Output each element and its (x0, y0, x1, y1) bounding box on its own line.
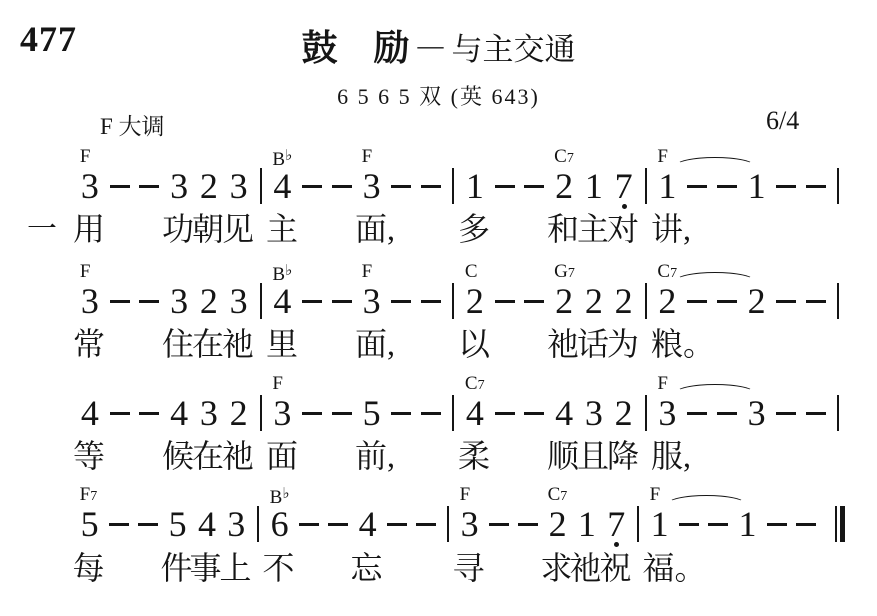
note-cell: 3 (579, 395, 609, 431)
lyric-char: 话 (577, 325, 609, 363)
note-cell: 2C7 (653, 283, 683, 319)
chord-label: G7 (554, 262, 575, 283)
title-dash: — (418, 31, 444, 60)
dash-mark (299, 523, 319, 526)
chord-label: C (465, 262, 478, 281)
dash-mark (708, 523, 728, 526)
note-cell: 4B♭ (268, 168, 298, 204)
duration-dash (105, 395, 135, 431)
note-digit: 7 (615, 168, 633, 204)
lyric-char: 不 (263, 549, 295, 587)
dash-mark (109, 523, 129, 526)
note-digit: 5 (169, 506, 187, 542)
duration-dash (772, 283, 802, 319)
duration-dash (801, 168, 831, 204)
barline (639, 283, 653, 319)
lyric-char: 住 (162, 325, 194, 363)
flat-sign: ♭ (282, 486, 289, 502)
duration-dash (327, 283, 357, 319)
lyric-char: 事 (190, 549, 222, 587)
note-cell: 3F (75, 283, 105, 319)
note-digit: 1 (585, 168, 603, 204)
dash-mark (110, 185, 130, 188)
lyric-char: 忘 (351, 549, 383, 587)
duration-dash (104, 506, 133, 542)
lyric-char: 前, (355, 437, 395, 475)
barline (254, 168, 268, 204)
note-digit: 2 (615, 283, 633, 319)
note-cell: 3 (742, 395, 772, 431)
note-digit: 3 (658, 395, 676, 431)
note-cell: 4 (549, 395, 579, 431)
chord-label: F (362, 262, 373, 281)
dash-mark (391, 300, 411, 303)
barline (441, 506, 455, 542)
note-digit: 1 (466, 168, 484, 204)
dash-mark (524, 300, 544, 303)
note-cell: 4B♭ (268, 283, 298, 319)
dash-mark (302, 300, 322, 303)
note-cell: 3F (357, 168, 387, 204)
note-digit: 2 (748, 283, 766, 319)
note-row: 5F75436B♭43F2C7171F1 (75, 506, 845, 542)
dash-mark (717, 412, 737, 415)
thin-bar (835, 506, 837, 542)
lyric-char: 求 (541, 549, 573, 587)
barline (831, 168, 845, 204)
dash-mark (687, 300, 707, 303)
chord-label: F (80, 262, 91, 281)
dash-mark (421, 412, 441, 415)
dash-mark (495, 300, 515, 303)
title-subtitle: 与主交通 (452, 32, 576, 67)
note-digit: 3 (81, 168, 99, 204)
lyric-char: 对 (607, 210, 639, 248)
dash-mark (139, 185, 159, 188)
lyric-char: 多 (458, 210, 490, 248)
lyric-char: 和 (547, 210, 579, 248)
dash-mark (518, 523, 538, 526)
note-cell: 3 (194, 395, 224, 431)
duration-dash (772, 168, 802, 204)
lyric-char: 主 (577, 210, 609, 248)
note-digit: 2 (555, 168, 573, 204)
time-signature: 6/4 (766, 106, 799, 136)
dash-mark (302, 412, 322, 415)
note-cell: 2 (194, 168, 224, 204)
hymn-sheet: 477 鼓 励—与主交通 6 5 6 5 双 (英 643) F 大调 6/4 … (0, 0, 877, 616)
note-cell: 2 (194, 283, 224, 319)
dash-mark (110, 300, 130, 303)
lyric-char: 朝 (192, 210, 224, 248)
note-cell: 3F (455, 506, 484, 542)
chord-label: B♭ (272, 262, 292, 284)
chord-label: B♭ (270, 485, 290, 507)
chord-label: F (80, 147, 91, 166)
note-digit: 4 (359, 506, 377, 542)
barline-mark (837, 395, 839, 431)
lyric-row: 等候在祂面前,柔顺且降服, (75, 437, 845, 477)
duration-dash (297, 168, 327, 204)
verse-number: 一 (27, 212, 57, 248)
note-digit: 2 (200, 283, 218, 319)
dash-mark (110, 412, 130, 415)
note-digit: 7 (607, 506, 625, 542)
chord-label: F7 (80, 485, 98, 506)
duration-dash (327, 168, 357, 204)
note-digit: 2 (230, 395, 248, 431)
note-digit: 2 (585, 283, 603, 319)
dash-mark (806, 300, 826, 303)
duration-dash (416, 395, 446, 431)
note-cell: 2 (609, 283, 639, 319)
note-digit: 4 (555, 395, 573, 431)
barline-mark (452, 168, 454, 204)
dash-mark (806, 185, 826, 188)
note-digit: 2 (466, 283, 484, 319)
barline-mark (447, 506, 449, 542)
note-cell: 2C7 (543, 506, 572, 542)
barline-mark (837, 283, 839, 319)
note-cell: 1 (579, 168, 609, 204)
lyric-char: 件 (161, 549, 193, 587)
dash-mark (796, 523, 816, 526)
low-octave-dot (614, 542, 619, 547)
note-cell: 2 (579, 283, 609, 319)
note-cell: 1 (460, 168, 490, 204)
duration-dash (801, 395, 831, 431)
duration-dash (387, 283, 417, 319)
duration-dash (105, 168, 135, 204)
note-digit: 3 (170, 283, 188, 319)
dash-mark (489, 523, 509, 526)
chord-seventh: 7 (90, 489, 97, 504)
lyric-char: 柔 (458, 437, 490, 475)
dash-mark (421, 185, 441, 188)
dash-mark (139, 412, 159, 415)
note-cell: 3 (224, 168, 254, 204)
note-cell: 2 (742, 283, 772, 319)
note-digit: 3 (81, 283, 99, 319)
lyric-char: 祂 (570, 549, 602, 587)
dash-mark (524, 412, 544, 415)
note-digit: 4 (81, 395, 99, 431)
note-digit: 1 (651, 506, 669, 542)
lyric-char: 以 (458, 325, 490, 363)
final-barline (821, 506, 845, 542)
lyric-char: 见 (222, 210, 254, 248)
duration-dash (520, 395, 550, 431)
barline (446, 283, 460, 319)
duration-dash (416, 283, 446, 319)
dash-mark (387, 523, 407, 526)
dash-mark (717, 300, 737, 303)
dash-mark (776, 300, 796, 303)
lyric-char: 常 (73, 325, 105, 363)
note-digit: 4 (273, 168, 291, 204)
note-cell: 1F (653, 168, 683, 204)
duration-dash (514, 506, 543, 542)
barline-mark (637, 506, 639, 542)
key-signature: F 大调 (100, 108, 165, 141)
tie-arc (675, 272, 755, 290)
barline (631, 506, 645, 542)
duration-dash (762, 506, 791, 542)
duration-dash (387, 168, 417, 204)
lyric-char: 粮。 (651, 325, 715, 363)
note-cell: 5 (163, 506, 192, 542)
lyric-char: 里 (266, 325, 298, 363)
chord-label: C7 (554, 147, 574, 168)
barline-mark (260, 283, 262, 319)
dash-mark (139, 300, 159, 303)
barline (639, 168, 653, 204)
note-digit: 6 (271, 506, 289, 542)
barline-mark (452, 395, 454, 431)
duration-dash (801, 283, 831, 319)
note-cell: 5F7 (75, 506, 104, 542)
dash-mark (495, 412, 515, 415)
barline-mark (452, 283, 454, 319)
note-cell: 7 (602, 506, 631, 542)
duration-dash (520, 283, 550, 319)
note-digit: 2 (549, 506, 567, 542)
chord-seventh: 7 (478, 378, 485, 393)
duration-dash (387, 395, 417, 431)
tie-arc (675, 384, 755, 402)
chord-label: F (272, 374, 283, 393)
duration-dash (382, 506, 411, 542)
dash-mark (302, 185, 322, 188)
dash-mark (391, 185, 411, 188)
note-cell: 3F (653, 395, 683, 431)
duration-dash (490, 395, 520, 431)
note-cell: 1F (645, 506, 674, 542)
duration-dash (490, 168, 520, 204)
duration-dash (135, 168, 165, 204)
barline (446, 168, 460, 204)
note-digit: 5 (363, 395, 381, 431)
duration-dash (416, 168, 446, 204)
note-cell: 3F (75, 168, 105, 204)
lyric-char: 面, (355, 325, 395, 363)
score-line: 44323F54C74323F3 (75, 373, 845, 433)
note-digit: 1 (739, 506, 757, 542)
duration-dash (135, 395, 165, 431)
note-cell: 2G7 (549, 283, 579, 319)
flat-sign: ♭ (285, 148, 292, 164)
lyric-char: 为 (607, 325, 639, 363)
dash-mark (524, 185, 544, 188)
duration-dash (327, 395, 357, 431)
lyric-char: 主 (266, 210, 298, 248)
barline (831, 395, 845, 431)
lyric-char: 祝 (600, 549, 632, 587)
note-digit: 1 (748, 168, 766, 204)
duration-dash (412, 506, 441, 542)
dash-mark (421, 300, 441, 303)
duration-dash (324, 506, 353, 542)
note-cell: 1 (742, 168, 772, 204)
note-digit: 3 (273, 395, 291, 431)
barline-mark (260, 168, 262, 204)
note-digit: 4 (273, 283, 291, 319)
note-cell: 4 (75, 395, 105, 431)
note-digit: 3 (200, 395, 218, 431)
barline-mark (257, 506, 259, 542)
note-digit: 3 (363, 168, 381, 204)
dash-mark (776, 185, 796, 188)
note-cell: 2 (224, 395, 254, 431)
duration-dash (772, 395, 802, 431)
note-cell: 7 (609, 168, 639, 204)
dash-mark (717, 185, 737, 188)
dash-mark (332, 300, 352, 303)
note-digit: 3 (230, 168, 248, 204)
chord-label: F (650, 485, 661, 504)
chord-label: F (657, 147, 668, 166)
lyric-char: 且 (577, 437, 609, 475)
barline-mark (645, 168, 647, 204)
note-cell: 5 (357, 395, 387, 431)
dash-mark (776, 412, 796, 415)
lyric-char: 寻 (453, 549, 485, 587)
note-digit: 1 (658, 168, 676, 204)
lyric-char: 祂 (222, 325, 254, 363)
dash-mark (328, 523, 348, 526)
chord-seventh: 7 (567, 151, 574, 166)
note-cell: 4C7 (460, 395, 490, 431)
chord-label: F (460, 485, 471, 504)
lyric-char: 候 (162, 437, 194, 475)
note-cell: 3 (224, 283, 254, 319)
barline (639, 395, 653, 431)
note-cell: 1 (572, 506, 601, 542)
barline (254, 395, 268, 431)
score-line: 3F3234B♭3F12C7171F1 (75, 146, 845, 206)
note-cell: 2 (609, 395, 639, 431)
lyric-char: 用 (73, 210, 105, 248)
note-digit: 2 (658, 283, 676, 319)
lyric-char: 每 (73, 549, 105, 587)
note-digit: 3 (227, 506, 245, 542)
tie-arc (675, 157, 755, 175)
note-cell: 4 (164, 395, 194, 431)
note-digit: 3 (170, 168, 188, 204)
lyric-char: 面, (355, 210, 395, 248)
title-main: 鼓 励 (301, 27, 409, 68)
barline (254, 283, 268, 319)
tie-arc (667, 495, 746, 513)
lyric-row: 常住在祂里面,以祂话为粮。 (75, 325, 845, 365)
dash-mark (767, 523, 787, 526)
chord-label: F (362, 147, 373, 166)
dash-mark (332, 185, 352, 188)
lyric-char: 等 (73, 437, 105, 475)
note-cell: 4 (192, 506, 221, 542)
duration-dash (520, 168, 550, 204)
note-digit: 4 (466, 395, 484, 431)
note-cell: 3F (357, 283, 387, 319)
low-octave-dot (622, 204, 627, 209)
chord-seventh: 7 (568, 266, 575, 281)
lyric-char: 在 (192, 325, 224, 363)
note-cell: 2C7 (549, 168, 579, 204)
note-cell: 4 (353, 506, 382, 542)
lyric-char: 福。 (643, 549, 707, 587)
lyric-char: 讲, (651, 210, 691, 248)
barline (831, 283, 845, 319)
note-digit: 2 (555, 283, 573, 319)
chord-seventh: 7 (560, 489, 567, 504)
chord-label: C7 (548, 485, 568, 506)
note-cell: 3 (164, 168, 194, 204)
dash-mark (687, 412, 707, 415)
note-cell: 1 (733, 506, 762, 542)
lyric-char: 上 (220, 549, 252, 587)
dash-mark (138, 523, 158, 526)
lyric-char: 降 (607, 437, 639, 475)
chord-label: B♭ (272, 147, 292, 169)
score-line: 5F75436B♭43F2C7171F1 (75, 484, 845, 544)
duration-dash (135, 283, 165, 319)
note-digit: 4 (198, 506, 216, 542)
note-digit: 1 (578, 506, 596, 542)
lyric-char: 服, (651, 437, 691, 475)
note-cell: 6B♭ (265, 506, 294, 542)
dash-mark (391, 412, 411, 415)
barline-mark (260, 395, 262, 431)
note-cell: 3 (222, 506, 251, 542)
note-digit: 3 (363, 283, 381, 319)
dash-mark (416, 523, 436, 526)
duration-dash (484, 506, 513, 542)
chord-label: C7 (465, 374, 485, 395)
lyric-row: 一用功朝见主面,多和主对讲, (75, 210, 845, 250)
duration-dash (297, 283, 327, 319)
score-line: 3F3234B♭3F2C2G7222C72 (75, 261, 845, 321)
duration-dash (792, 506, 821, 542)
barline (446, 395, 460, 431)
note-cell: 3F (268, 395, 298, 431)
note-digit: 2 (200, 168, 218, 204)
lyric-char: 顺 (547, 437, 579, 475)
note-digit: 3 (748, 395, 766, 431)
note-cell: 2C (460, 283, 490, 319)
flat-sign: ♭ (285, 263, 292, 279)
dash-mark (806, 412, 826, 415)
duration-dash (490, 283, 520, 319)
dash-mark (679, 523, 699, 526)
note-digit: 2 (615, 395, 633, 431)
note-digit: 4 (170, 395, 188, 431)
barline-mark (837, 168, 839, 204)
dash-mark (332, 412, 352, 415)
lyric-char: 在 (192, 437, 224, 475)
note-digit: 3 (585, 395, 603, 431)
duration-dash (297, 395, 327, 431)
page-title: 鼓 励—与主交通 (0, 20, 877, 71)
note-cell: 3 (164, 283, 194, 319)
lyric-char: 功 (162, 210, 194, 248)
lyric-char: 祂 (222, 437, 254, 475)
barline-mark (645, 283, 647, 319)
duration-dash (134, 506, 163, 542)
chord-label: F (657, 374, 668, 393)
dash-mark (495, 185, 515, 188)
lyric-char: 面 (266, 437, 298, 475)
dash-mark (687, 185, 707, 188)
